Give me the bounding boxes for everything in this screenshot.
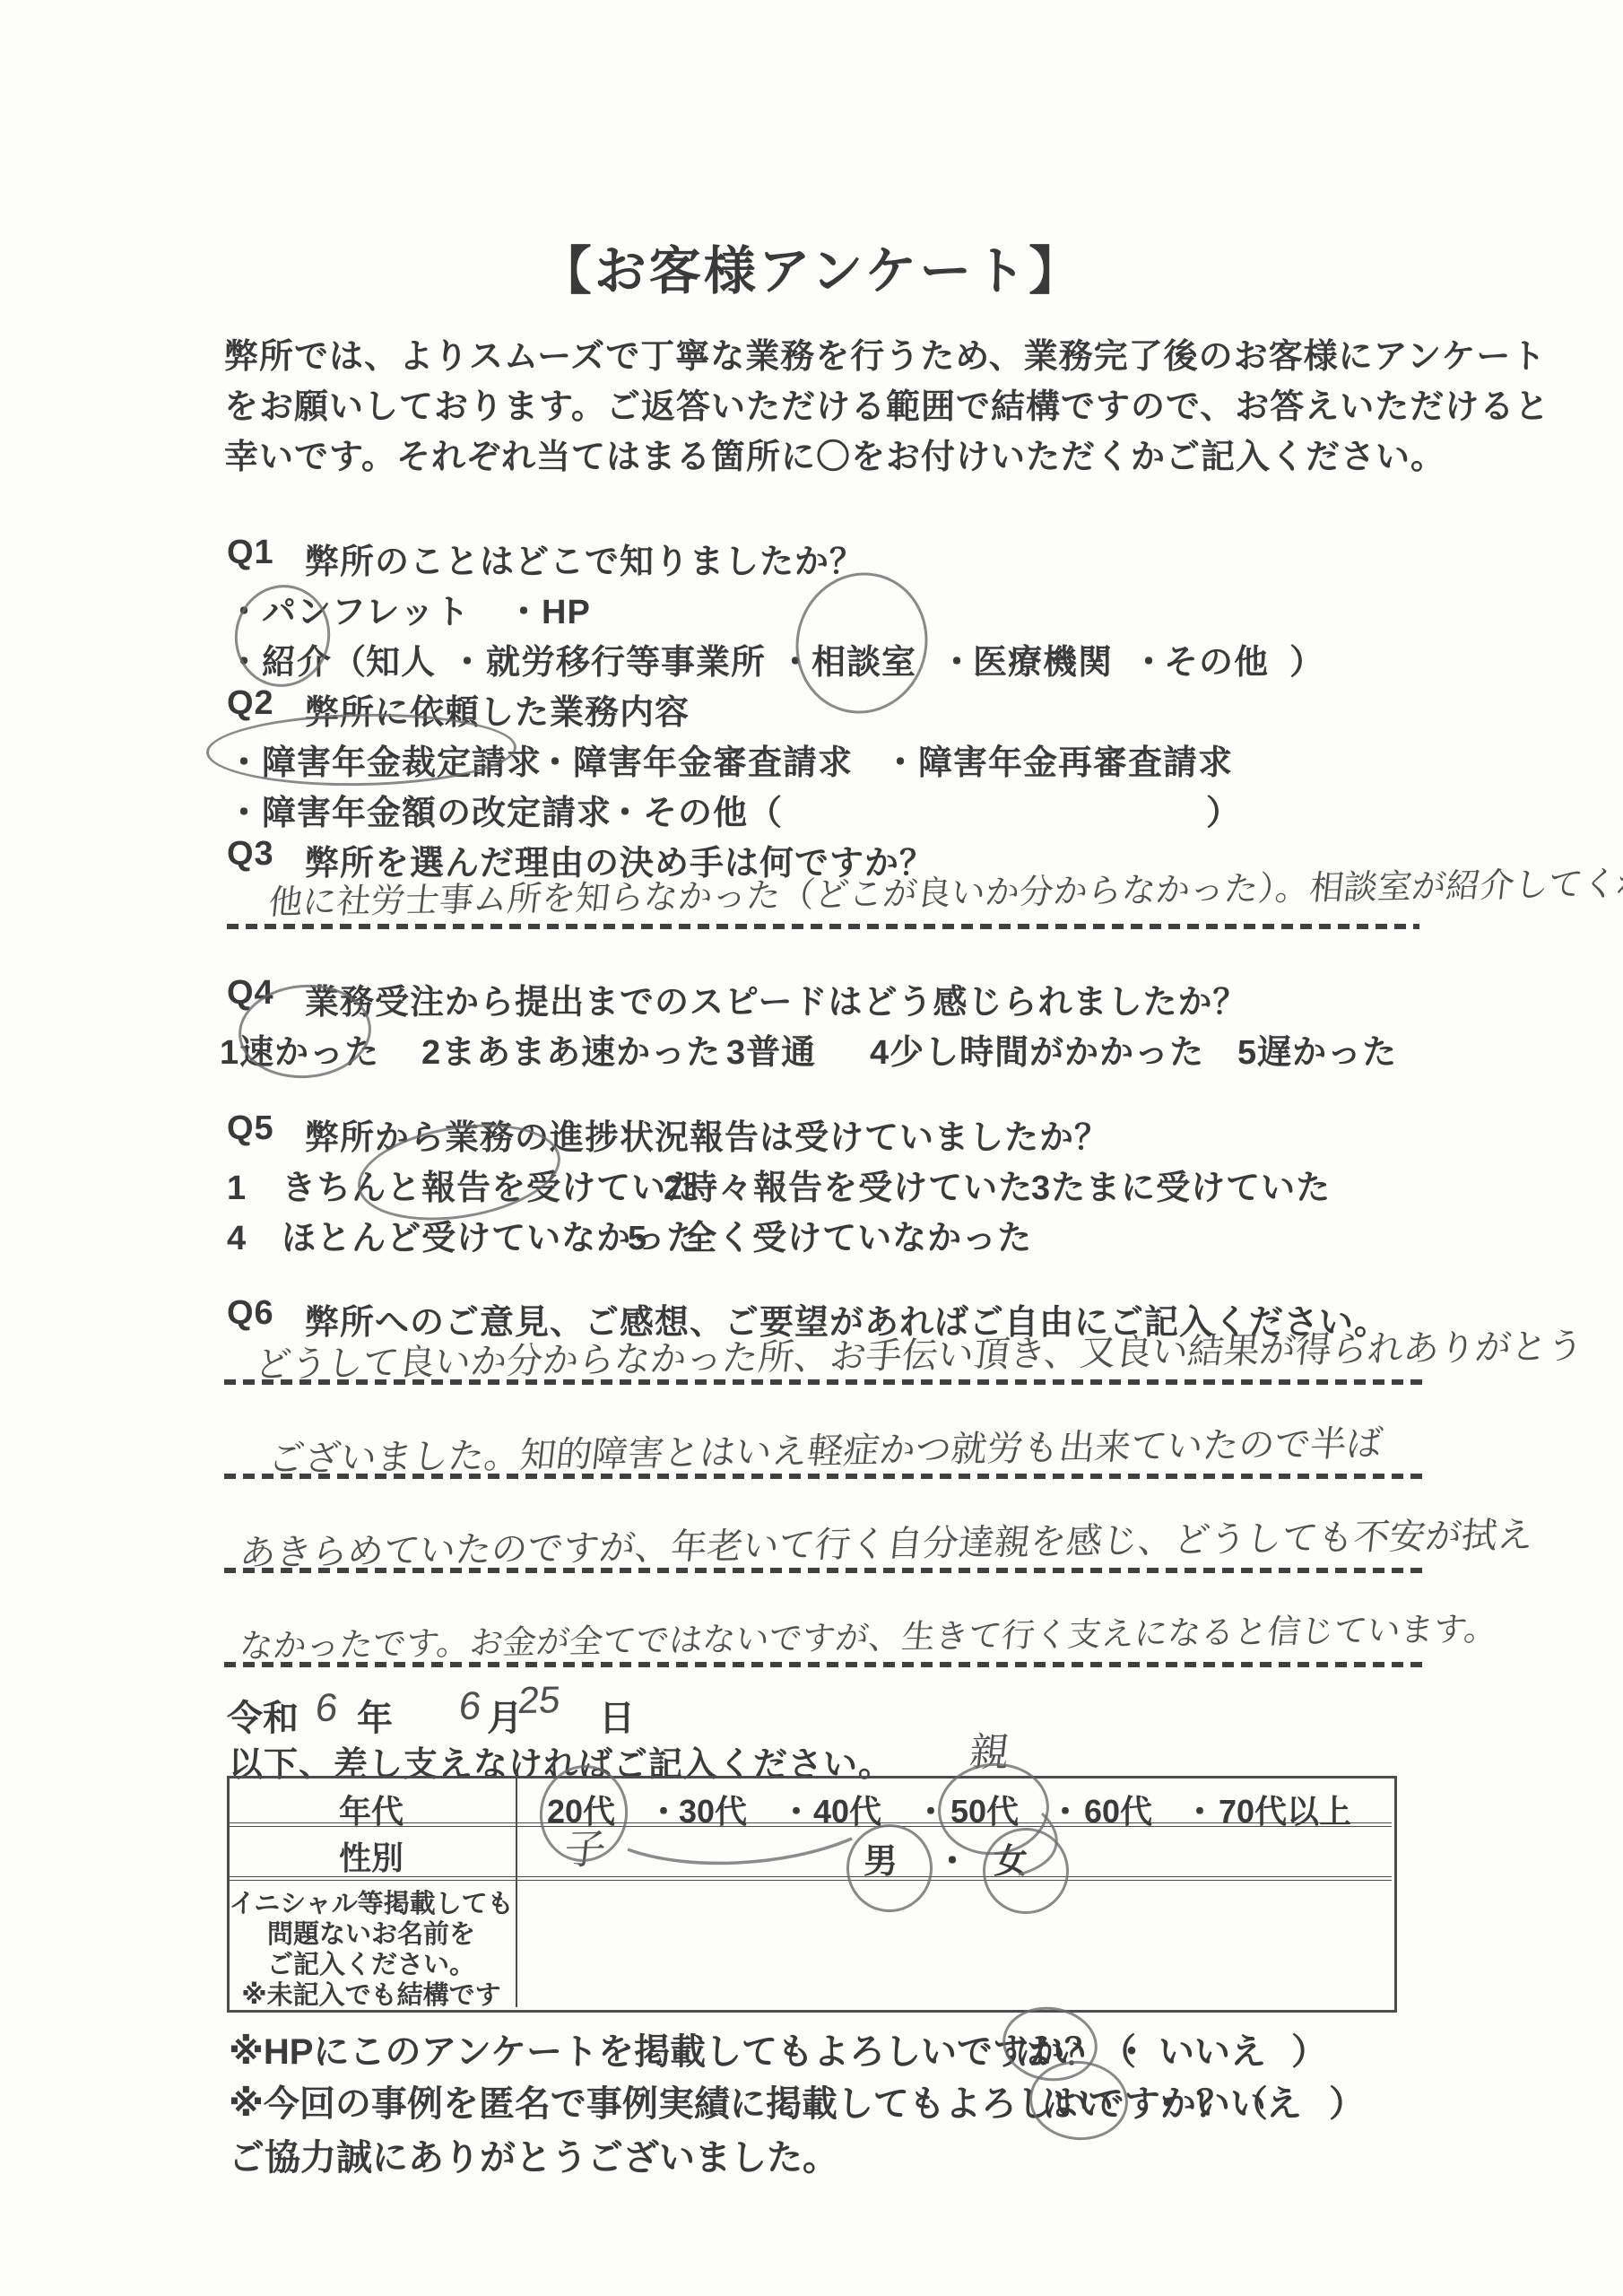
date-era-label: 令和 [227,1690,299,1741]
gender-row-label: 性別 [227,1833,516,1879]
table-column-divider [516,1776,517,2007]
q4-option-3: 3普通 [726,1024,816,1074]
separator-dot: ・ [940,634,975,683]
separator-dot: ・ [780,1787,812,1832]
q1-referral-option-employment-agency: 就労移行等事業所 [486,634,766,683]
separator-dot: ・ [1150,2075,1185,2126]
q4-question: 業務受注から提出までのスピードはどう感じられましたか？ [305,974,1247,1023]
q6-answer-line-2 [224,1474,1426,1479]
q4-option-4: 4少し時間がかかった [870,1024,1204,1074]
date-year-handwritten: 6 [313,1686,340,1731]
survey-scan-page: 【お客様アンケート】 弊所では、よりスムーズで丁寧な業務を行うため、業務完了後の… [0,0,1623,2296]
separator-dot: ・ [1132,634,1167,683]
q4-option-2: 2まあまあ速かった [421,1024,721,1074]
q5-option-3: 3たまに受けていた [1031,1160,1331,1209]
initials-label-line-4: ※未記入でも結構です [227,1975,516,2012]
separator-dot: ・ [1184,1787,1216,1832]
intro-line-3: 幸いです。それぞれ当てはまる箇所に〇をお付けいただくかご記入ください。 [224,429,1445,478]
footer-hp-question: ※HPにこのアンケートを掲載してもよろしいですか？（ [229,2023,1136,2074]
page-title: 【お客様アンケート】 [0,229,1623,304]
age-option-40s: 40代 [813,1787,881,1832]
date-month-handwritten: 6 [456,1684,483,1729]
q1-question: 弊所のことはどこで知りましたか？ [305,534,864,583]
q1-referral-option-medical: 医療機関 [973,634,1113,683]
age-row-label: 年代 [227,1787,516,1832]
q1-referral-suffix: ） [1289,634,1324,683]
initials-value-cell [520,1883,1388,2004]
separator-dot: ・ [647,1787,680,1832]
footer-thanks: ご協力誠にありがとうございました。 [229,2129,838,2180]
age-option-60s: 60代 [1084,1787,1152,1832]
q2-option-other-close: ） [1206,785,1241,834]
q1-number: Q1 [227,534,274,572]
footer-case-no: いいえ [1194,2075,1302,2126]
intro-line-2: をお願いしております。ご返答いただける範囲で結構ですので、お答えいただけると [224,378,1549,428]
footer-hp-close: ） [1291,2023,1327,2074]
q1-referral-option-acquaintance: 知人 [366,634,436,683]
q5-option-5: 5 全く受けていなかった [628,1210,1032,1259]
q5-option-2: 2時々報告を受けていた [664,1160,1033,1209]
q1-referral-option-other: その他 [1164,634,1269,683]
separator-dot: ・ [1114,2023,1150,2074]
q2-option-shinsa: ・障害年金審査請求 [538,735,853,784]
q6-handwritten-line-2: ございました。知的障害とはいえ軽症かつ就労も出来ていたので半ば [266,1415,1385,1482]
date-year-label: 年 [357,1690,393,1741]
age-option-30s: 30代 [679,1787,747,1832]
q4-option-5: 5遅かった [1237,1024,1397,1074]
q2-number: Q2 [227,684,274,723]
q6-number: Q6 [227,1294,274,1333]
q6-answer-line-3 [224,1568,1426,1573]
q1-option-hp: ・HP [507,584,591,633]
footer-hp-no: いいえ [1159,2023,1266,2074]
separator-dot: ・ [450,634,485,683]
q2-option-kaitei: ・障害年金額の改定請求 [227,785,612,834]
date-day-label: 日 [599,1690,635,1741]
intro-line-1: 弊所では、よりスムーズで丁寧な業務を行うため、業務完了後のお客様にアンケート [224,328,1546,378]
q3-answer-line [227,924,1419,929]
footer-case-close: ） [1329,2075,1365,2126]
q2-option-saishinsa: ・障害年金再審査請求 [883,735,1233,784]
q6-answer-line-1 [224,1379,1426,1385]
age-option-70s-plus: 70代以上 [1219,1787,1351,1832]
q2-option-other: ・その他（ [608,785,783,834]
q5-number: Q5 [227,1109,274,1148]
date-day-handwritten: 25 [516,1678,562,1722]
q6-answer-line-4 [224,1662,1426,1667]
q6-handwritten-line-4: なかったです。お金が全てではないですが、生きて行く支えになると信じています。 [238,1601,1500,1667]
q3-number: Q3 [227,835,274,874]
handwritten-connector-line [623,1831,856,1878]
q6-handwritten-line-3: あきらめていたのですが、年老いて行く自分達親を感じ、どうしても不安が拭え [238,1507,1537,1576]
